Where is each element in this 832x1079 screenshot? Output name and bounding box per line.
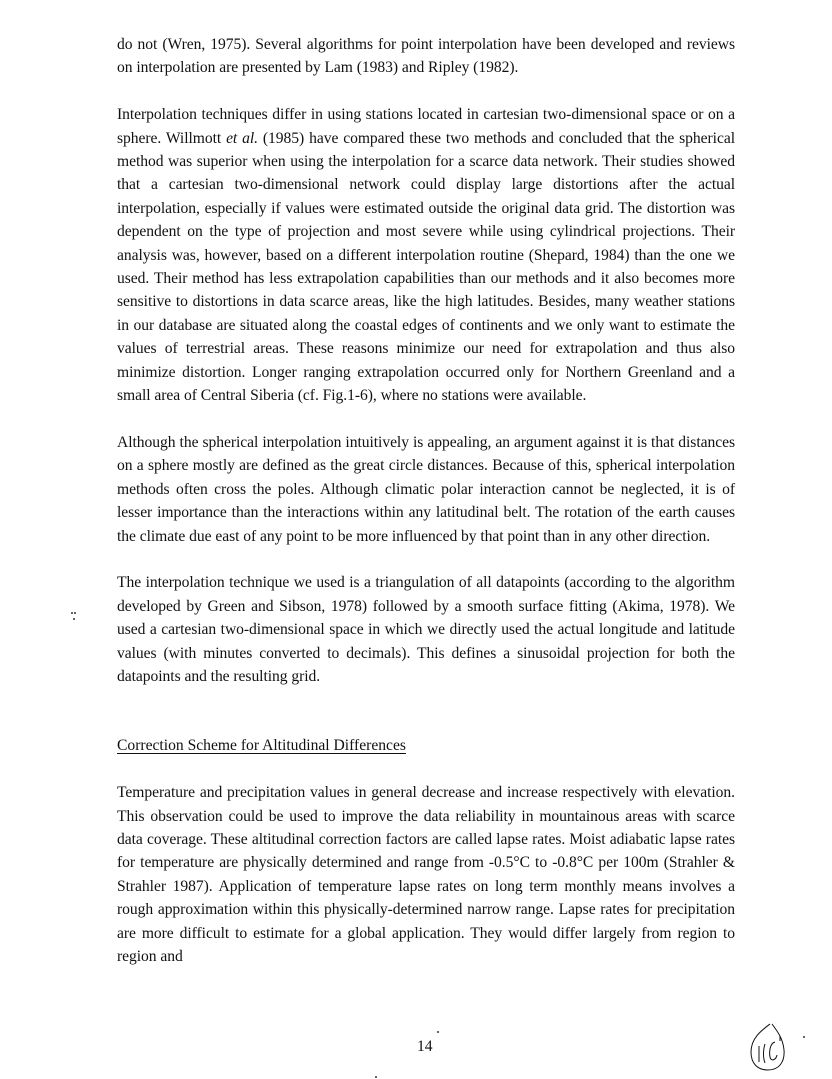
citation-et-al: et al. <box>226 130 258 147</box>
section-paragraph: Temperature and precipitation values in … <box>117 781 735 968</box>
paragraph-3: Although the spherical interpolation int… <box>117 431 735 548</box>
paragraph-2: Interpolation techniques differ in using… <box>117 103 735 407</box>
scan-speck <box>74 612 76 614</box>
scan-speck <box>375 1076 377 1078</box>
paragraph-2-part-b: (1985) have compared these two methods a… <box>117 130 735 404</box>
paragraph-4: The interpolation technique we used is a… <box>117 571 735 688</box>
spacer <box>117 688 735 734</box>
spacer <box>117 758 735 781</box>
page-number: 14 <box>417 1038 433 1056</box>
document-page: do not (Wren, 1975). Several algorithms … <box>117 33 735 968</box>
circled-number-icon <box>748 1022 788 1072</box>
scan-speck <box>803 1036 805 1038</box>
section-heading: Correction Scheme for Altitudinal Differ… <box>117 734 735 757</box>
handwritten-page-stamp <box>748 1022 788 1072</box>
scan-speck <box>71 612 73 614</box>
paragraph-1: do not (Wren, 1975). Several algorithms … <box>117 33 735 80</box>
scan-speck <box>73 618 75 620</box>
scan-speck <box>437 1031 439 1033</box>
